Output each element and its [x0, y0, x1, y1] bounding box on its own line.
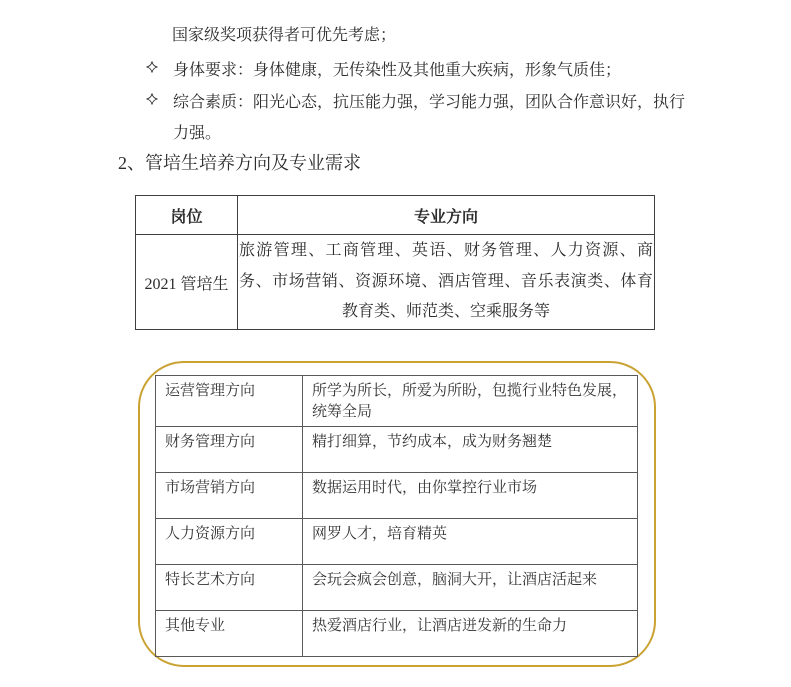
- table-row: 财务管理方向 精打细算，节约成本，成为财务翘楚: [156, 427, 638, 473]
- majors-cell: 旅游管理、工商管理、英语、财务管理、人力资源、商务、市场营销、资源环境、酒店管理…: [238, 235, 655, 330]
- direction-cell: 特长艺术方向: [156, 565, 303, 611]
- table-row: 特长艺术方向 会玩会疯会创意，脑洞大开，让酒店活起来: [156, 565, 638, 611]
- direction-cell: 运营管理方向: [156, 376, 303, 427]
- bullet-item-quality: 综合素质：阳光心态，抗压能力强，学习能力强，团队合作意识好，执行力强。: [146, 87, 694, 149]
- four-pointed-star-icon: [146, 93, 158, 105]
- bullet-text-quality: 综合素质：阳光心态，抗压能力强，学习能力强，团队合作意识好，执行力强。: [173, 87, 693, 149]
- document-page: 国家级奖项获得者可优先考虑； 身体要求：身体健康，无传染性及其他重大疾病，形象气…: [0, 0, 791, 687]
- position-table-header-position: 岗位: [136, 196, 238, 235]
- direction-cell: 财务管理方向: [156, 427, 303, 473]
- table-row: 运营管理方向 所学为所长，所爱为所盼，包揽行业特色发展，统筹全局: [156, 376, 638, 427]
- position-table-header-row: 岗位 专业方向: [136, 196, 655, 235]
- direction-cell: 其他专业: [156, 611, 303, 657]
- description-cell: 会玩会疯会创意，脑洞大开，让酒店活起来: [303, 565, 638, 611]
- position-cell: 2021 管培生: [136, 235, 238, 330]
- section-heading: 2、管培生培养方向及专业需求: [118, 149, 361, 177]
- direction-cell: 人力资源方向: [156, 519, 303, 565]
- intro-continuation-line: 国家级奖项获得者可优先考虑；: [172, 21, 396, 51]
- direction-cell: 市场营销方向: [156, 473, 303, 519]
- description-cell: 精打细算，节约成本，成为财务翘楚: [303, 427, 638, 473]
- four-pointed-star-icon: [146, 61, 158, 73]
- position-table: 岗位 专业方向 2021 管培生 旅游管理、工商管理、英语、财务管理、人力资源、…: [135, 195, 655, 330]
- bullet-item-physical: 身体要求：身体健康，无传染性及其他重大疾病，形象气质佳；: [146, 55, 621, 86]
- description-cell: 热爱酒店行业，让酒店迸发新的生命力: [303, 611, 638, 657]
- table-row: 2021 管培生 旅游管理、工商管理、英语、财务管理、人力资源、商务、市场营销、…: [136, 235, 655, 330]
- description-cell: 网罗人才，培育精英: [303, 519, 638, 565]
- position-table-header-major: 专业方向: [238, 196, 655, 235]
- description-cell: 所学为所长，所爱为所盼，包揽行业特色发展，统筹全局: [303, 376, 638, 427]
- table-row: 其他专业 热爱酒店行业，让酒店迸发新的生命力: [156, 611, 638, 657]
- direction-table: 运营管理方向 所学为所长，所爱为所盼，包揽行业特色发展，统筹全局 财务管理方向 …: [155, 375, 638, 657]
- table-row: 人力资源方向 网罗人才，培育精英: [156, 519, 638, 565]
- table-row: 市场营销方向 数据运用时代，由你掌控行业市场: [156, 473, 638, 519]
- description-cell: 数据运用时代，由你掌控行业市场: [303, 473, 638, 519]
- bullet-text-physical: 身体要求：身体健康，无传染性及其他重大疾病，形象气质佳；: [173, 55, 621, 86]
